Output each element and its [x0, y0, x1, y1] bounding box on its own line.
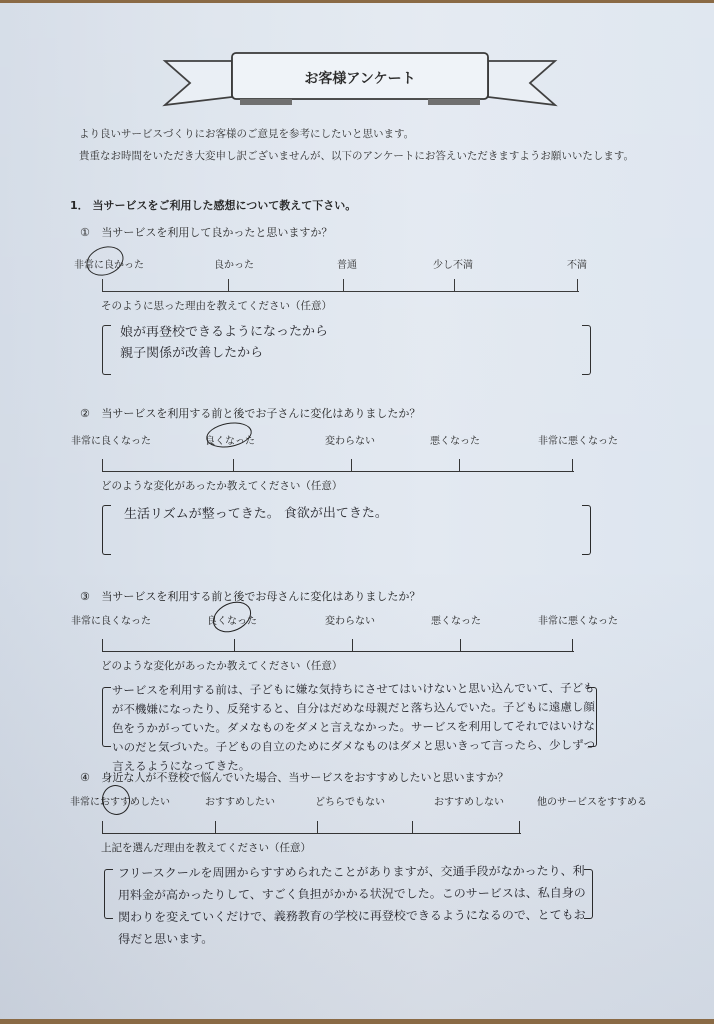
option-recommend[interactable]: おすすめしたい — [205, 793, 275, 808]
answer-bracket-right — [582, 505, 591, 555]
handwritten-answer[interactable]: サービスを利用する前は、子どもに嫌な気持ちにさせてはいけないと思い込んでいて、子… — [112, 679, 598, 777]
answer-bracket-left — [102, 325, 111, 375]
selected-circle-mark — [99, 782, 134, 818]
option-much-worse[interactable]: 非常に悪くなった — [538, 432, 618, 447]
intro-line-1: より良いサービスづくりにお客様のご意見を参考にしたいと思います。 — [79, 126, 414, 141]
selected-circle-mark — [82, 241, 127, 280]
question-number: ③ — [80, 590, 90, 603]
option-recommend-other[interactable]: 他のサービスをすすめる — [537, 793, 647, 808]
option-much-better[interactable]: 非常に良くなった — [71, 432, 151, 447]
survey-sheet: お客様アンケート より良いサービスづくりにお客様のご意見を参考にしたいと思います… — [0, 3, 714, 1019]
survey-title: お客様アンケート — [232, 68, 488, 88]
rating-scale[interactable] — [102, 279, 579, 292]
question-text: 当サービスを利用する前と後でお子さんに変化はありましたか？ — [101, 407, 420, 420]
answer-bracket-left — [102, 687, 111, 747]
handwritten-answer[interactable]: 娘が再登校できるようになったから 親子関係が改善したから — [120, 320, 570, 364]
rating-scale[interactable] — [102, 459, 574, 472]
answer-bracket-left — [102, 505, 111, 555]
option-dissatisfied[interactable]: 不満 — [567, 256, 587, 271]
answer-bracket-right — [582, 325, 591, 375]
option-much-better[interactable]: 非常に良くなった — [71, 612, 151, 627]
handwritten-answer[interactable]: フリースクールを周囲からすすめられたことがありますが、交通手段がなかったり、利用… — [118, 860, 592, 950]
option-worse[interactable]: 悪くなった — [431, 612, 481, 627]
reason-label: 上記を選んだ理由を教えてください（任意） — [101, 840, 311, 855]
question-number: ② — [80, 407, 90, 420]
question-number: ④ — [80, 771, 90, 784]
rating-scale[interactable] — [102, 639, 574, 652]
option-neutral[interactable]: 普通 — [337, 256, 357, 271]
option-no-change[interactable]: 変わらない — [325, 432, 375, 447]
option-much-worse[interactable]: 非常に悪くなった — [538, 612, 618, 627]
answer-bracket-left — [104, 869, 113, 919]
option-worse[interactable]: 悪くなった — [430, 432, 480, 447]
option-not-recommend[interactable]: おすすめしない — [434, 793, 504, 808]
rating-scale[interactable] — [102, 821, 521, 834]
intro-line-2: 貴重なお時間をいただき大変申し訳ございませんが、以下のアンケートにお答えいただき… — [79, 148, 634, 163]
option-slightly-dissatisfied[interactable]: 少し不満 — [433, 256, 473, 271]
question-text: 身近な人が不登校で悩んでいた場合、当サービスをおすすめしたいと思いますか？ — [101, 771, 508, 784]
option-neither[interactable]: どちらでもない — [315, 793, 385, 808]
option-good[interactable]: 良かった — [214, 256, 254, 271]
section-title: 1． 当サービスをご利用した感想について教えて下さい。 — [70, 197, 356, 213]
change-label: どのような変化があったか教えてください（任意） — [101, 658, 342, 673]
change-label: どのような変化があったか教えてください（任意） — [101, 478, 342, 493]
reason-label: そのように思った理由を教えてください（任意） — [101, 298, 332, 313]
question-number: ① — [80, 226, 90, 239]
question-text: 当サービスを利用する前と後でお母さんに変化はありましたか？ — [101, 590, 420, 603]
option-no-change[interactable]: 変わらない — [325, 612, 375, 627]
handwritten-answer[interactable]: 生活リズムが整ってきた。 食欲が出てきた。 — [124, 502, 574, 525]
question-text: 当サービスを利用して良かったと思いますか？ — [101, 226, 332, 239]
